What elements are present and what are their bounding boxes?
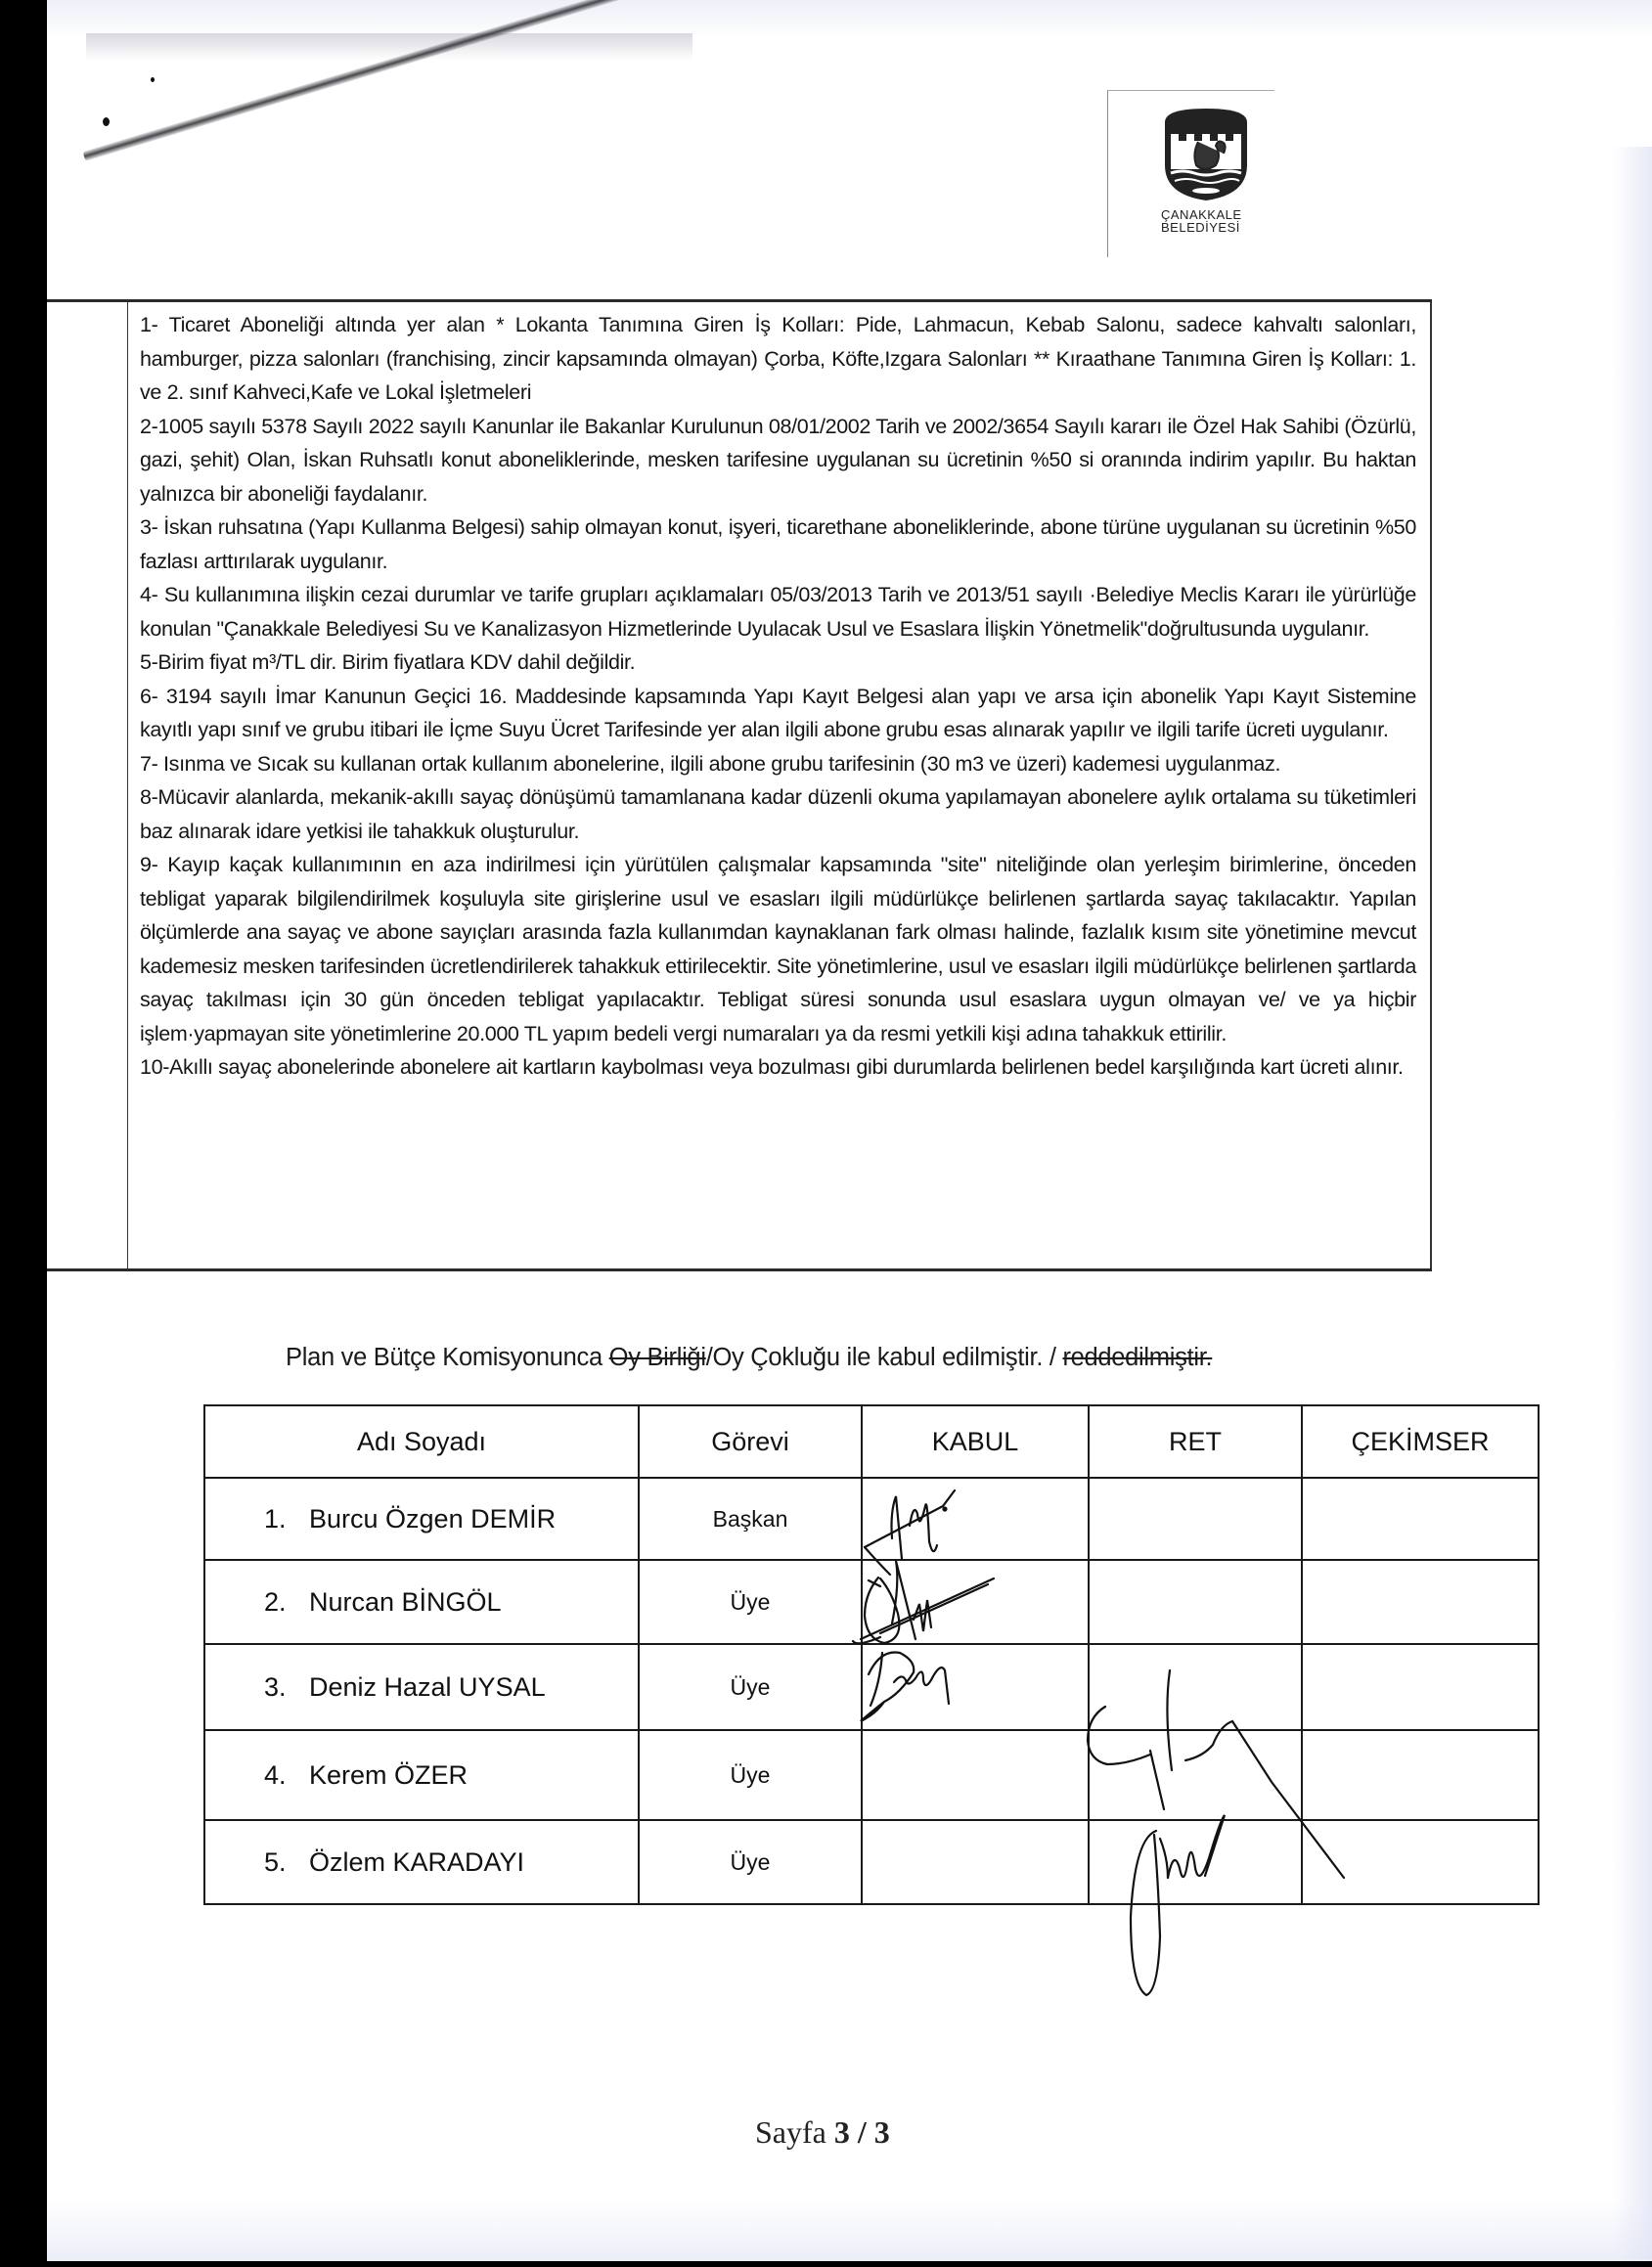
tariff-note-9: 9- Kayıp kaçak kullanımının en aza indir… (140, 848, 1416, 1050)
logo-text-line2: BELEDİYESİ (1161, 221, 1259, 234)
vote-accept-cell (862, 1644, 1089, 1730)
vote-abstain-cell (1302, 1820, 1539, 1904)
vote-reject-cell (1089, 1730, 1302, 1820)
member-role: Üye (639, 1730, 862, 1820)
member-role: Üye (639, 1820, 862, 1904)
header-name: Adı Soyadı (204, 1405, 639, 1478)
commission-verdict: Plan ve Bütçe Komisyonunca Oy Birliği/Oy… (286, 1344, 1212, 1372)
vote-reject-cell (1089, 1478, 1302, 1560)
scan-streak (83, 0, 666, 161)
verdict-prefix: Plan ve Bütçe Komisyonunca (286, 1344, 609, 1371)
member-role: Başkan (639, 1478, 862, 1560)
member-name-cell: 1.Burcu Özgen DEMİR (204, 1478, 639, 1560)
scan-speck (151, 77, 155, 82)
commission-vote-table: Adı Soyadı Görevi KABUL RET ÇEKİMSER 1.B… (203, 1404, 1540, 1905)
tariff-note-10: 10-Akıllı sayaç abonelerinde abonelere a… (140, 1050, 1416, 1085)
member-name: Özlem KARADAYI (309, 1847, 524, 1877)
vote-abstain-cell (1302, 1644, 1539, 1730)
tariff-note-5: 5-Birim fiyat m³/TL dir. Birim fiyatlara… (140, 645, 1416, 680)
member-number: 4. (264, 1760, 309, 1791)
table-row: 5.Özlem KARADAYIÜye (204, 1820, 1539, 1904)
table-row: 1.Burcu Özgen DEMİRBaşkan (204, 1478, 1539, 1560)
tariff-note-3: 3- İskan ruhsatına (Yapı Kullanma Belges… (140, 511, 1416, 578)
vote-abstain-cell (1302, 1730, 1539, 1820)
table-row: 3.Deniz Hazal UYSALÜye (204, 1644, 1539, 1730)
table-row: 4.Kerem ÖZERÜye (204, 1730, 1539, 1820)
member-name-cell: 2.Nurcan BİNGÖL (204, 1560, 639, 1644)
member-role: Üye (639, 1644, 862, 1730)
member-name: Burcu Özgen DEMİR (309, 1504, 556, 1534)
verdict-middle: /Oy Çokluğu ile kabul edilmiştir. / (706, 1344, 1063, 1371)
tariff-note-8: 8-Mücavir alanlarda, mekanik-akıllı saya… (140, 780, 1416, 848)
scan-shadow (86, 33, 692, 61)
member-name-cell: 5.Özlem KARADAYI (204, 1820, 639, 1904)
tariff-notes-box: 1- Ticaret Aboneliği altında yer alan * … (47, 299, 1432, 1271)
vote-abstain-cell (1302, 1478, 1539, 1560)
member-number: 5. (264, 1847, 309, 1878)
vote-reject-cell (1089, 1644, 1302, 1730)
header-accept: KABUL (862, 1405, 1089, 1478)
vote-table-header: Adı Soyadı Görevi KABUL RET ÇEKİMSER (204, 1405, 1539, 1478)
verdict-struck-rejected: reddedilmiştir. (1062, 1344, 1212, 1371)
tariff-note-1: 1- Ticaret Aboneliği altında yer alan * … (140, 308, 1416, 410)
page-number: Sayfa 3 / 3 (755, 2114, 890, 2151)
tariff-notes-list: 1- Ticaret Aboneliği altında yer alan * … (127, 302, 1432, 1268)
member-name-cell: 4.Kerem ÖZER (204, 1730, 639, 1820)
page-label: Sayfa (755, 2114, 834, 2150)
member-name: Deniz Hazal UYSAL (309, 1672, 546, 1702)
table-row: 2.Nurcan BİNGÖLÜye (204, 1560, 1539, 1644)
tariff-note-4: 4- Su kullanımına ilişkin cezai durumlar… (140, 578, 1416, 645)
member-name-cell: 3.Deniz Hazal UYSAL (204, 1644, 639, 1730)
vote-accept-cell (862, 1730, 1089, 1820)
page-count: 3 / 3 (834, 2114, 890, 2150)
tariff-note-7: 7- Isınma ve Sıcak su kullanan ortak kul… (140, 747, 1416, 781)
vote-accept-cell (862, 1478, 1089, 1560)
member-number: 1. (264, 1504, 309, 1534)
vote-abstain-cell (1302, 1560, 1539, 1644)
header-reject: RET (1089, 1405, 1302, 1478)
scan-speck (103, 117, 110, 126)
vote-reject-cell (1089, 1560, 1302, 1644)
vote-reject-cell (1089, 1820, 1302, 1904)
vote-accept-cell (862, 1560, 1089, 1644)
tariff-note-2: 2-1005 sayılı 5378 Sayılı 2022 sayılı Ka… (140, 410, 1416, 511)
canakkale-municipality-crest-icon (1159, 105, 1253, 202)
member-number: 2. (264, 1587, 309, 1618)
vote-accept-cell (862, 1820, 1089, 1904)
member-role: Üye (639, 1560, 862, 1644)
verdict-struck-unanimous: Oy Birliği (609, 1344, 706, 1371)
member-name: Kerem ÖZER (309, 1760, 468, 1790)
tariff-note-6: 6- 3194 sayılı İmar Kanunun Geçici 16. M… (140, 680, 1416, 747)
header-role: Görevi (639, 1405, 862, 1478)
municipality-logo: ÇANAKKALE BELEDİYESİ (1107, 90, 1274, 257)
header-abstain: ÇEKİMSER (1302, 1405, 1539, 1478)
member-name: Nurcan BİNGÖL (309, 1587, 502, 1617)
member-number: 3. (264, 1672, 309, 1703)
